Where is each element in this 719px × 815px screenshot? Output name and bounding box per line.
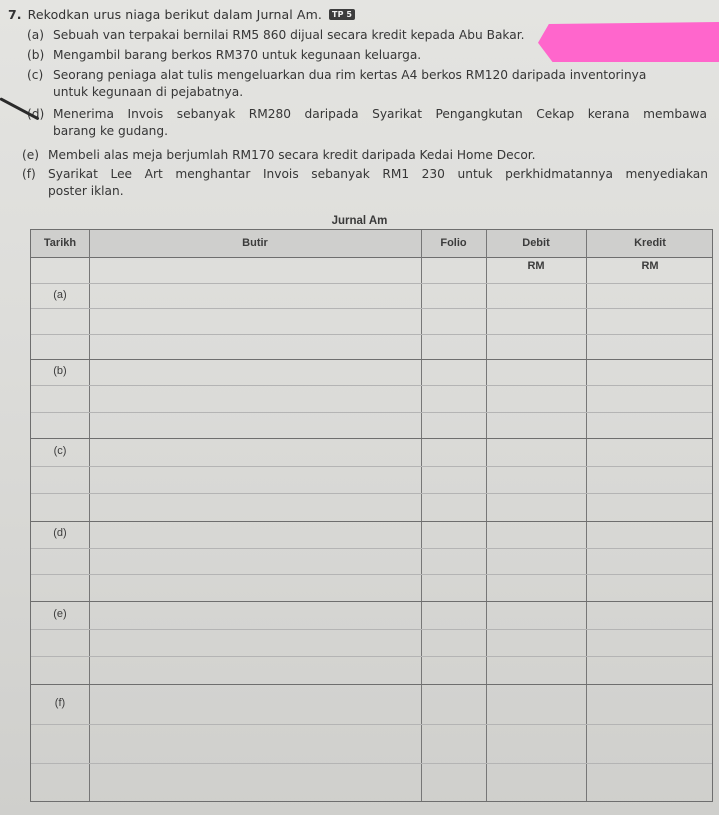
journal-cell-folio[interactable] [423,550,484,573]
journal-cell-debit[interactable] [488,440,584,464]
journal-cell-folio[interactable] [423,576,484,599]
journal-cell-tarikh[interactable] [33,336,87,357]
pink-sticky-note [538,22,719,62]
journal-cell-butir[interactable] [91,336,419,357]
journal-cell-butir[interactable] [91,361,419,383]
journal-cell-tarikh[interactable] [33,658,87,682]
item-text: Mengambil barang berkos RM370 untuk kegu… [53,47,421,64]
line-divider [31,412,712,413]
question-title: 7.Rekodkan urus niaga berikut dalam Jurn… [8,7,355,22]
journal-cell-folio[interactable] [423,658,484,682]
journal-cell-kredit[interactable] [588,726,712,762]
journal-cell-tarikh[interactable] [33,726,87,762]
journal-cell-butir[interactable] [91,310,419,331]
journal-title: Jurnal Am [0,215,719,227]
entry-divider [31,359,712,360]
item-label: (c) [27,67,53,84]
journal-cell-tarikh[interactable] [33,765,87,801]
worksheet-page: 7.Rekodkan urus niaga berikut dalam Jurn… [0,0,719,815]
line-divider [31,656,712,657]
header-kredit: Kredit [586,230,714,257]
journal-cell-butir[interactable] [91,576,419,599]
item-label: (e) [22,147,48,164]
journal-cell-butir[interactable] [91,631,419,655]
journal-cell-debit[interactable] [488,387,584,409]
journal-cell-debit[interactable] [488,414,584,436]
question-item-b: (b)Mengambil barang berkos RM370 untuk k… [27,47,421,64]
line-divider [31,466,712,467]
journal-cell-kredit[interactable] [588,310,712,331]
item-text: Menerima Invois sebanyak RM280 daripada … [53,106,707,123]
header-folio: Folio [421,230,486,257]
question-text: Rekodkan urus niaga berikut dalam Jurnal… [28,7,322,22]
item-text: Membeli alas meja berjumlah RM170 secara… [48,147,536,164]
journal-cell-butir[interactable] [91,468,419,492]
journal-cell-folio[interactable] [423,495,484,519]
journal-cell-debit[interactable] [488,550,584,573]
journal-cell-debit[interactable] [488,310,584,331]
journal-cell-kredit[interactable] [588,440,712,464]
journal-cell-folio[interactable] [423,336,484,357]
journal-cell-butir[interactable] [91,765,419,801]
item-text: Seorang peniaga alat tulis mengeluarkan … [53,67,646,84]
journal-cell-debit[interactable] [488,285,584,306]
item-label: (b) [27,47,53,64]
row-divider [31,283,712,284]
journal-cell-debit[interactable] [488,631,584,655]
journal-cell-debit[interactable] [488,495,584,519]
entry-label: (e) [31,608,89,620]
question-item-d: (d)Menerima Invois sebanyak RM280 daripa… [27,106,707,140]
header-tarikh: Tarikh [31,230,89,257]
journal-cell-debit[interactable] [488,468,584,492]
journal-cell-debit[interactable] [488,658,584,682]
column-divider [486,230,487,801]
line-divider [31,493,712,494]
item-text-continued: barang ke gudang. [27,123,707,140]
journal-cell-butir[interactable] [91,523,419,546]
debit-currency-label: RM [486,260,586,272]
journal-cell-kredit[interactable] [588,414,712,436]
question-item-c: (c)Seorang peniaga alat tulis mengeluark… [27,67,713,101]
journal-cell-butir[interactable] [91,550,419,573]
column-divider [586,230,587,801]
item-text-continued: untuk kegunaan di pejabatnya. [27,84,713,101]
entry-label: (f) [31,697,89,709]
line-divider [31,308,712,309]
line-divider [31,629,712,630]
journal-cell-kredit[interactable] [588,765,712,801]
line-divider [31,763,712,764]
journal-cell-tarikh[interactable] [33,631,87,655]
journal-cell-folio[interactable] [423,765,484,801]
item-label: (a) [27,27,53,44]
journal-cell-kredit[interactable] [588,686,712,722]
journal-cell-folio[interactable] [423,310,484,331]
tp-level-badge: TP 5 [329,9,355,20]
kredit-currency-label: RM [586,260,714,272]
journal-cell-butir[interactable] [91,495,419,519]
column-divider [421,230,422,801]
line-divider [31,334,712,335]
item-text: Syarikat Lee Art menghantar Invois seban… [48,166,708,183]
journal-cell-kredit[interactable] [588,550,712,573]
journal-header-row: Tarikh Butir Folio Debit Kredit [31,230,712,258]
entry-label: (a) [31,289,89,301]
journal-cell-butir[interactable] [91,387,419,409]
entry-label: (b) [31,365,89,377]
journal-cell-folio[interactable] [423,631,484,655]
journal-cell-butir[interactable] [91,658,419,682]
header-debit: Debit [486,230,586,257]
entry-divider [31,521,712,522]
journal-cell-butir[interactable] [91,686,419,722]
journal-cell-kredit[interactable] [588,336,712,357]
question-item-f: (f)Syarikat Lee Art menghantar Invois se… [22,166,708,200]
journal-cell-butir[interactable] [91,414,419,436]
journal-cell-debit[interactable] [488,765,584,801]
journal-cell-kredit[interactable] [588,523,712,546]
journal-cell-tarikh[interactable] [33,550,87,573]
journal-cell-kredit[interactable] [588,631,712,655]
journal-cell-tarikh[interactable] [33,495,87,519]
journal-cell-folio[interactable] [423,726,484,762]
journal-cell-kredit[interactable] [588,658,712,682]
item-label: (f) [22,166,48,183]
entry-divider [31,684,712,685]
journal-cell-butir[interactable] [91,603,419,627]
journal-cell-folio[interactable] [423,523,484,546]
entry-label: (c) [31,445,89,457]
journal-cell-kredit[interactable] [588,495,712,519]
journal-cell-folio[interactable] [423,387,484,409]
journal-cell-debit[interactable] [488,686,584,722]
line-divider [31,548,712,549]
entry-divider [31,438,712,439]
journal-cell-kredit[interactable] [588,576,712,599]
journal-cell-tarikh[interactable] [33,387,87,409]
journal-cell-tarikh[interactable] [33,310,87,331]
item-text: Sebuah van terpakai bernilai RM5 860 dij… [53,27,525,44]
journal-cell-tarikh[interactable] [33,468,87,492]
journal-cell-butir[interactable] [91,726,419,762]
question-item-e: (e)Membeli alas meja berjumlah RM170 sec… [22,147,536,164]
journal-cell-folio[interactable] [423,468,484,492]
general-journal-table: Tarikh Butir Folio Debit Kredit RM RM (a… [30,229,713,802]
journal-cell-debit[interactable] [488,603,584,627]
journal-cell-debit[interactable] [488,361,584,383]
header-butir: Butir [89,230,421,257]
journal-cell-debit[interactable] [488,576,584,599]
journal-cell-folio[interactable] [423,686,484,722]
journal-cell-folio[interactable] [423,285,484,306]
journal-cell-butir[interactable] [91,440,419,464]
entry-label: (d) [31,527,89,539]
journal-cell-debit[interactable] [488,726,584,762]
line-divider [31,574,712,575]
journal-cell-kredit[interactable] [588,468,712,492]
journal-cell-folio[interactable] [423,440,484,464]
item-text-continued: poster iklan. [22,183,708,200]
journal-cell-folio[interactable] [423,414,484,436]
journal-cell-kredit[interactable] [588,387,712,409]
question-number: 7. [8,7,22,22]
entry-divider [31,601,712,602]
line-divider [31,385,712,386]
journal-cell-folio[interactable] [423,603,484,627]
journal-cell-debit[interactable] [488,523,584,546]
journal-cell-kredit[interactable] [588,361,712,383]
column-divider [89,230,90,801]
journal-cell-kredit[interactable] [588,603,712,627]
line-divider [31,724,712,725]
journal-cell-debit[interactable] [488,336,584,357]
journal-cell-folio[interactable] [423,361,484,383]
journal-cell-tarikh[interactable] [33,414,87,436]
journal-cell-kredit[interactable] [588,285,712,306]
question-item-a: (a)Sebuah van terpakai bernilai RM5 860 … [27,27,525,44]
journal-cell-tarikh[interactable] [33,576,87,599]
journal-cell-butir[interactable] [91,285,419,306]
